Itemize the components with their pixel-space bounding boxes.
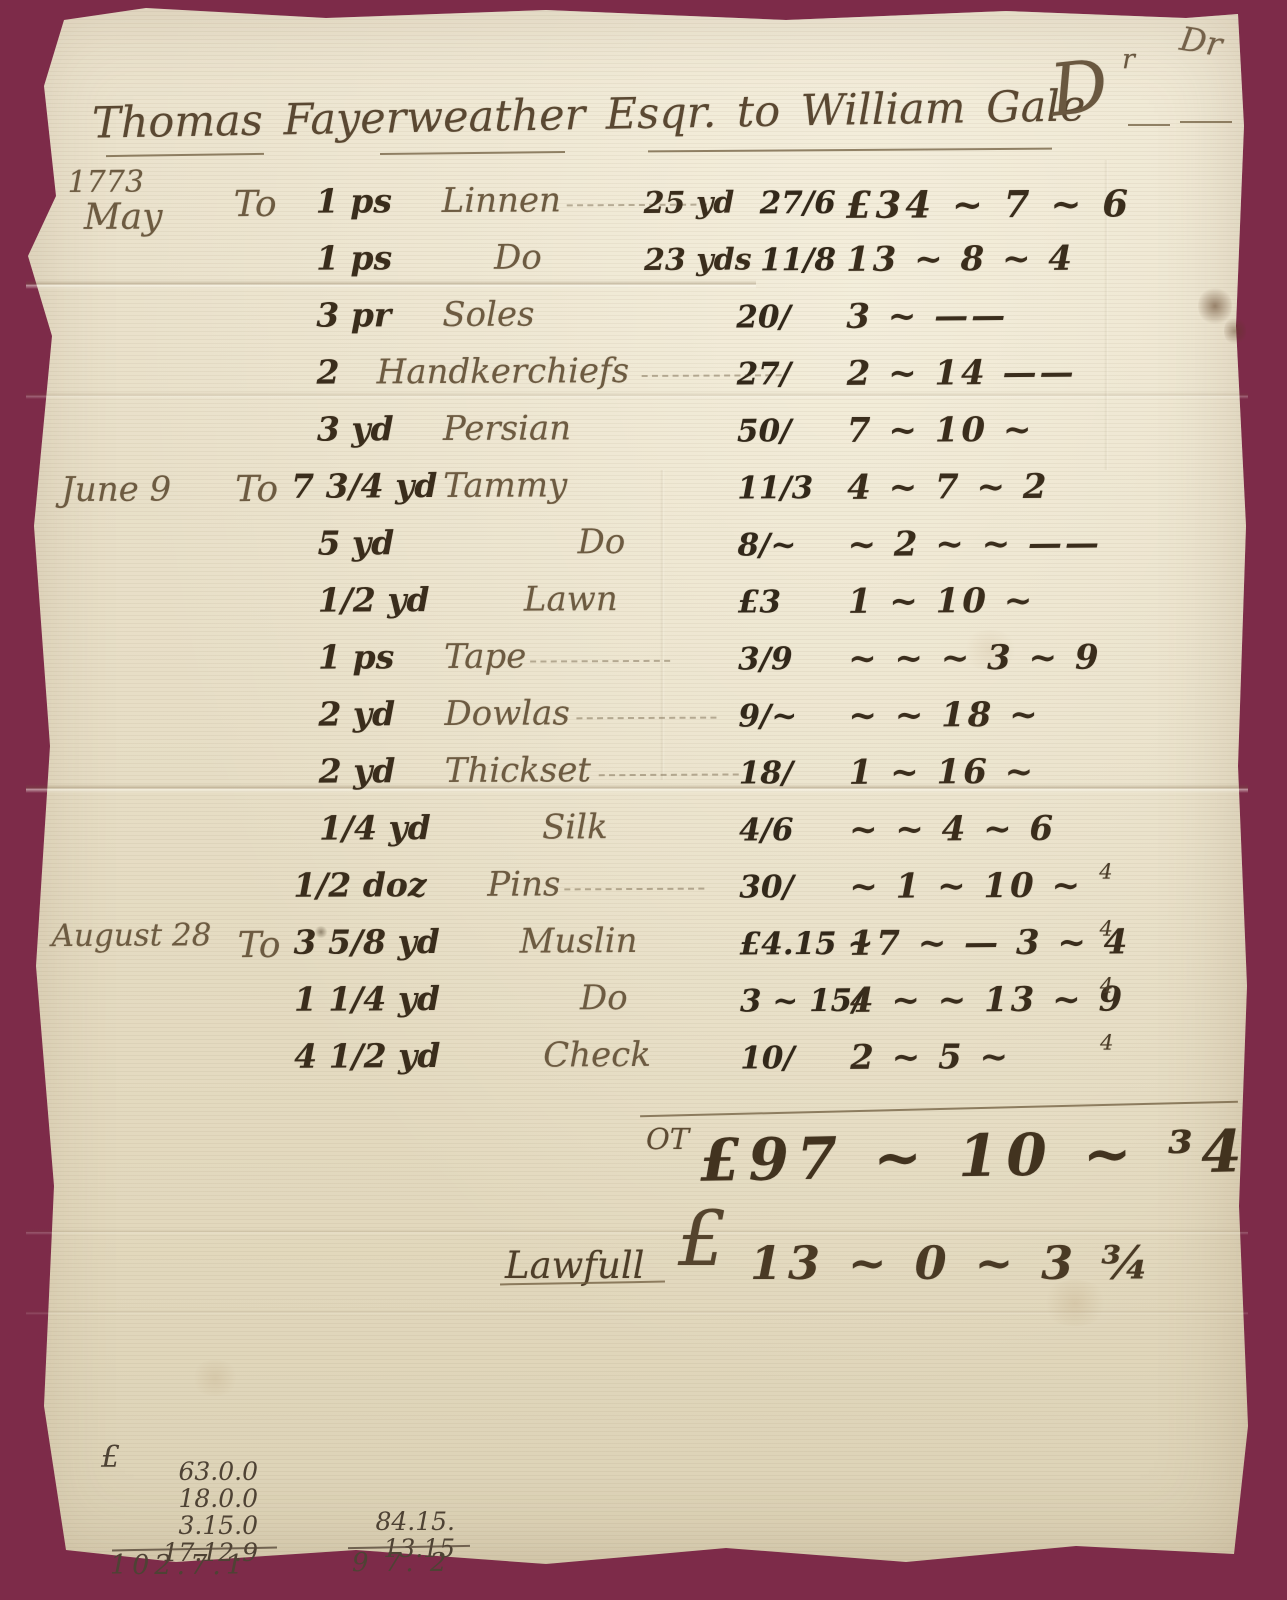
ledger-row: 3 yd Persian 50/ 7 ~ 10 ~ [25, 403, 1247, 466]
entry-amount: 2 ~ 5 ~ [850, 1037, 1011, 1078]
entry-item: Muslin [520, 921, 638, 962]
entry-amount: ~ 1 ~ 10 ~ [849, 866, 1083, 907]
entry-price: 8/~ [737, 527, 796, 563]
entry-item: Soles [442, 295, 534, 335]
header-dash [1128, 124, 1170, 126]
entry-quantity: 1/2 yd [318, 580, 430, 620]
entry-item: Do [580, 978, 628, 1018]
ledger-row: 1773 May To 1 ps Linnen 25 yd 27/6 £34 ~… [24, 175, 1246, 238]
entry-price: 27/6 [760, 185, 836, 221]
ledger-row: 4 1/2 yd Check 10/ 2 ~ 5 ~ 4 [28, 1030, 1250, 1093]
entry-to-label: To [234, 184, 277, 225]
entry-quantity: 1 1/4 yd [294, 979, 440, 1019]
entry-amount: 2 ~ 14 —— [847, 353, 1077, 394]
header-dash [1180, 121, 1232, 123]
entry-price: 27/ [737, 356, 792, 392]
pencil-total-left: 102.7.1 [110, 1552, 248, 1579]
entry-item: Check [543, 1035, 651, 1076]
entry-amount: 17 ~ — 3 ~ 4 [850, 922, 1131, 963]
entry-note: 4 [1099, 860, 1113, 884]
pencil-line: 18.0.0 [96, 1485, 258, 1512]
ledger-row: 1 ps Do 23 yds 11/8 13 ~ 8 ~ 4 [24, 232, 1246, 295]
ledger-row: 1/4 yd Silk 4/6 ~ ~ 4 ~ 6 [27, 802, 1249, 865]
entry-price: 3 ~ 15/ [740, 983, 864, 1020]
entry-price: 11/3 [737, 470, 813, 506]
entry-amount: 4 ~ ~ 13 ~ 9 [850, 979, 1125, 1020]
entry-item: Do [577, 522, 625, 562]
entry-item: Thickset [445, 750, 592, 791]
entry-price: 50/ [737, 413, 792, 449]
entry-date: June 9 [61, 469, 171, 510]
lawful-money-total: 13 ~ 0 ~ 3 ¾ [750, 1236, 1155, 1290]
entry-quantity: 2 [317, 353, 340, 392]
entry-detail: 25 yd [644, 185, 735, 220]
entry-item: Tape [444, 637, 526, 677]
entry-amount: ~ ~ 18 ~ [848, 695, 1041, 736]
entry-quantity: 4 1/2 yd [294, 1036, 440, 1076]
old-tenor-total: £97 ~ 10 ~ ³4 [699, 1117, 1250, 1195]
ledger-row: 2 Handkerchiefs 27/ 2 ~ 14 —— [25, 346, 1247, 409]
entry-detail: 23 yds [644, 242, 752, 278]
entry-item: Pins [487, 864, 560, 904]
ledger-row: 5 yd Do 8/~ ~ 2 ~ ~ —— [25, 517, 1247, 580]
entry-quantity: 1/2 doz [293, 865, 426, 905]
pencil-line: 63.0.0 [96, 1458, 258, 1485]
entry-item: Silk [542, 807, 608, 847]
entry-quantity: 3 5/8 yd [294, 922, 440, 962]
pencil-total-right: 9 7. 2 [352, 1550, 450, 1577]
pencil-line: 84.15. [335, 1508, 455, 1535]
corner-dr-mark: Dr [1177, 19, 1225, 64]
entry-quantity: 2 yd [318, 694, 395, 733]
entry-year: 1773 [68, 165, 145, 200]
header-debtor-abbrev-superscript: r [1122, 44, 1135, 75]
entry-to-label: To [235, 469, 278, 510]
entry-note: 4 [1100, 974, 1114, 998]
entry-amount: 4 ~ 7 ~ 2 [847, 467, 1050, 508]
entry-date: May [84, 196, 163, 237]
entry-amount: ~ ~ 4 ~ 6 [849, 809, 1056, 850]
entry-price: 4/6 [739, 812, 794, 848]
pencil-line: 3.15.0 [96, 1512, 258, 1539]
entry-quantity: 3 yd [317, 409, 394, 448]
entry-note: 4 [1099, 917, 1113, 941]
entry-quantity: 5 yd [317, 523, 394, 562]
lawful-currency-sign: £ [678, 1194, 726, 1283]
entry-item: Handkerchiefs [377, 351, 630, 392]
entry-quantity: 1 ps [316, 181, 392, 220]
header-debtor-abbrev: D [1046, 43, 1112, 133]
entry-quantity: 3 pr [316, 295, 391, 334]
entry-quantity: 1 ps [318, 637, 394, 676]
ledger-row: June 9 To 7 3/4 yd Tammy 11/3 4 ~ 7 ~ 2 [25, 460, 1247, 523]
entry-item: Persian [443, 408, 571, 449]
entry-amount: ~ 2 ~ ~ —— [847, 524, 1102, 565]
entry-item: Do [494, 237, 542, 277]
ledger-row: 3 pr Soles 20/ 3 ~ —— [24, 289, 1246, 352]
entry-price: £3 [738, 584, 781, 620]
entry-quantity: 1/4 yd [319, 808, 431, 848]
ledger-row: 1 ps Tape 3/9 ~ ~ ~ 3 ~ 9 [26, 631, 1248, 694]
ledger-row: 2 yd Thickset 18/ 1 ~ 16 ~ [27, 745, 1249, 808]
entry-price: 30/ [739, 869, 794, 905]
entry-amount: 1 ~ 10 ~ [848, 581, 1036, 622]
photo-background: Thomas Fayerweather Esqr. to William Gal… [0, 0, 1287, 1600]
entry-item: Linnen [442, 180, 561, 221]
ledger-row: 1 1/4 yd Do 3 ~ 15/ 4 ~ ~ 13 ~ 9 4 [28, 973, 1250, 1036]
entry-price: 18/ [739, 755, 794, 791]
entry-amount: 7 ~ 10 ~ [847, 410, 1035, 451]
entry-note: 4 [1100, 1031, 1114, 1055]
old-tenor-label: OT [646, 1122, 689, 1156]
entry-price: 10/ [740, 1040, 795, 1076]
ledger: 1773 May To 1 ps Linnen 25 yd 27/6 £34 ~… [24, 175, 1251, 1093]
entry-quantity: 7 3/4 yd [291, 466, 437, 506]
entry-to-label: To [238, 925, 281, 966]
entry-amount: 1 ~ 16 ~ [849, 752, 1037, 793]
entry-price: 9/~ [738, 698, 797, 734]
ledger-row: 2 yd Dowlas 9/~ ~ ~ 18 ~ [26, 688, 1248, 751]
entry-item: Lawn [524, 579, 618, 619]
entry-quantity: 1 ps [316, 238, 392, 277]
ledger-row: 1/2 doz Pins 30/ ~ 1 ~ 10 ~ 4 [27, 859, 1249, 922]
entry-price: 20/ [736, 299, 791, 335]
entry-date: August 28 [51, 917, 211, 954]
entry-quantity: 2 yd [319, 751, 396, 790]
entry-price: 3/9 [738, 641, 793, 677]
entry-amount: £34 ~ 7 ~ 6 [846, 181, 1132, 226]
entry-item: Dowlas [444, 693, 570, 734]
ledger-row: 1/2 yd Lawn £3 1 ~ 10 ~ [26, 574, 1248, 637]
entry-amount: ~ ~ ~ 3 ~ 9 [848, 638, 1102, 679]
entry-price: 11/8 [760, 242, 836, 278]
entry-item: Tammy [443, 465, 567, 506]
entry-amount: 3 ~ —— [846, 296, 1008, 337]
ledger-row: August 28 To 3 5/8 yd Muslin £4.15 ~ 17 … [28, 916, 1250, 979]
entry-amount: 13 ~ 8 ~ 4 [846, 239, 1075, 280]
